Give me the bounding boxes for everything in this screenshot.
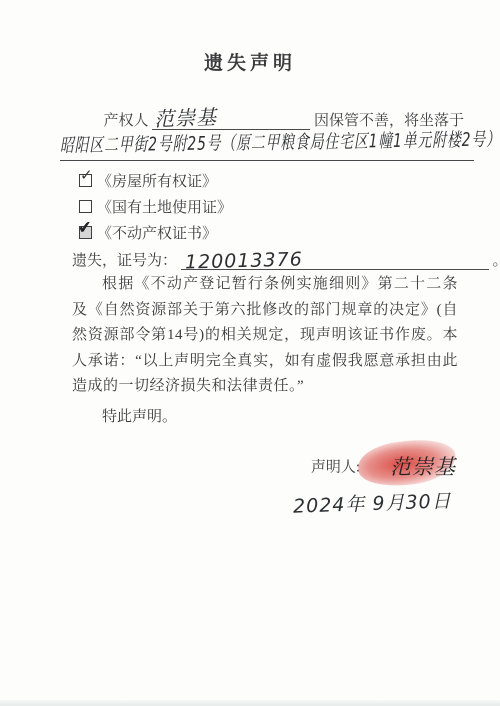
certificate-number-prefix: 遗失，证号为： [72, 253, 177, 269]
certificate-number-handwritten: 120013376 [184, 248, 302, 273]
date-handwritten: 2024年 9月30日 [293, 486, 453, 519]
declaration-paragraph: 根据《不动产登记暂行条例实施细则》第二十二条及《自然资源部关于第六批修改的部门规… [72, 272, 458, 400]
signature-wrap: 范崇基 [360, 451, 456, 481]
declarant-label: 声明人: [311, 460, 360, 476]
closing-statement: 特此声明。 [72, 405, 458, 431]
owner-label: 产权人 [72, 113, 149, 129]
scanned-declaration-document: 遗失声明 产权人 范崇基 因保管不善，将坐落于 昭阳区二甲街2号附25号（原二甲… [0, 0, 500, 706]
checkbox-label: 《不动产权证书》 [97, 222, 217, 243]
address-line: 昭阳区二甲街2号附25号（原二甲粮食局住宅区1幢1单元附楼2号） [60, 137, 474, 161]
checkbox-label: 《房屋所有权证》 [97, 170, 217, 191]
owner-name-blank: 范崇基 [152, 110, 310, 130]
signature-row: 声明人:范崇基 [293, 451, 456, 481]
checkbox-label: 《国有土地使用证》 [97, 196, 232, 217]
scanner-edge-artifact [0, 700, 500, 706]
date-row: 2024年 9月30日 [293, 489, 456, 516]
certificate-number-blank: 120013376 [181, 251, 489, 270]
certificate-checkbox-list: ✓ 《房屋所有权证》 《国有土地使用证》 ✔ 《不动产权证书》 [79, 172, 232, 250]
signature-area: 声明人:范崇基 2024年 9月30日 [293, 451, 456, 516]
checkbox-house-ownership: ✓ [79, 174, 92, 187]
document-title: 遗失声明 [0, 48, 500, 75]
body-block: 根据《不动产登记暂行条例实施细则》第二十二条及《自然资源部关于第六批修改的部门规… [72, 272, 458, 431]
checkbox-row-house-ownership: ✓ 《房屋所有权证》 [79, 172, 232, 188]
address-handwritten: 昭阳区二甲街2号附25号（原二甲粮食局住宅区1幢1单元附楼2号） [60, 125, 500, 158]
checkbox-row-state-land-use: 《国有土地使用证》 [79, 198, 232, 214]
checkmark-icon: ✔ [77, 220, 93, 236]
checkbox-real-estate-cert: ✔ [79, 226, 92, 239]
certificate-number-period: 。 [493, 253, 500, 269]
checkbox-state-land-use [79, 200, 92, 213]
checkbox-row-real-estate-cert: ✔ 《不动产权证书》 [79, 224, 232, 240]
declarant-signature-handwritten: 范崇基 [390, 455, 456, 479]
certificate-number-line: 遗失，证号为： 120013376 。 [72, 249, 464, 270]
checkmark-icon: ✓ [80, 168, 93, 183]
owner-name-handwritten: 范崇基 [154, 101, 218, 132]
